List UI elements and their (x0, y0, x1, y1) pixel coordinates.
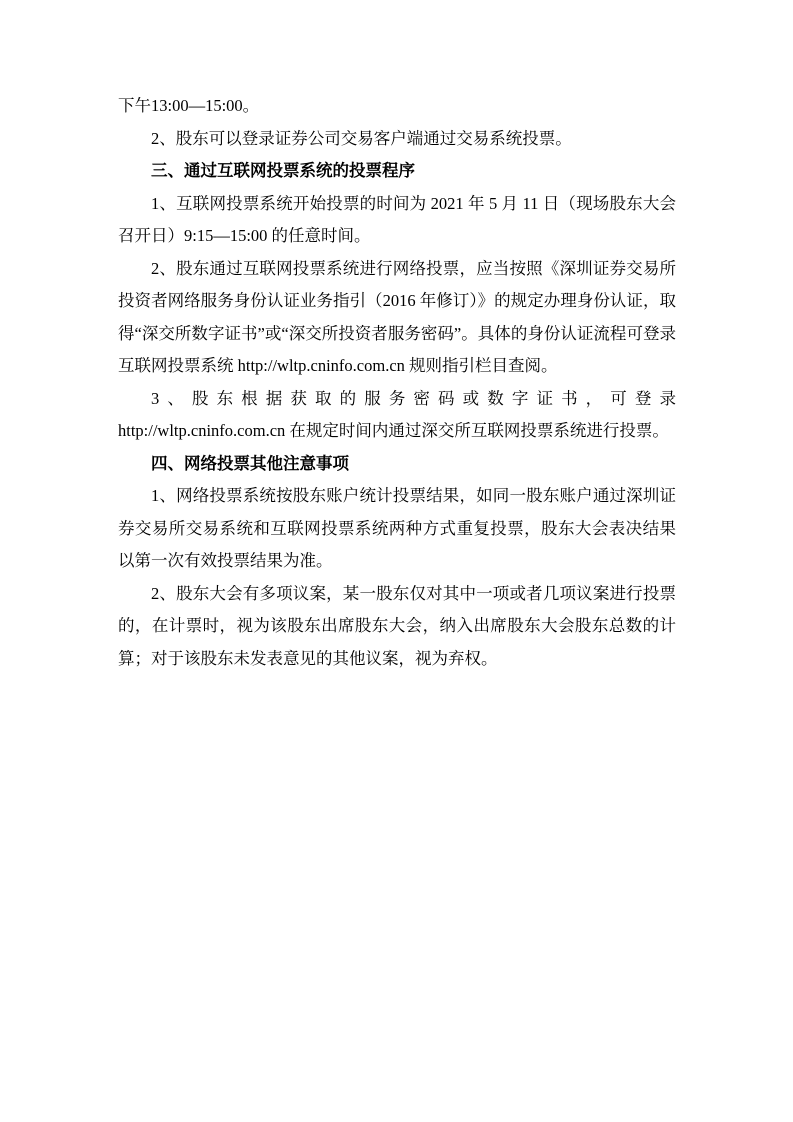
document-body: 下午13:00—15:00。 2、股东可以登录证券公司交易客户端通过交易系统投票… (118, 90, 676, 675)
paragraph-trading-system-voting: 2、股东可以登录证券公司交易客户端通过交易系统投票。 (118, 123, 676, 156)
document-page: 下午13:00—15:00。 2、股东可以登录证券公司交易客户端通过交易系统投票… (0, 0, 793, 1122)
paragraph-voting-start-time: 1、互联网投票系统开始投票的时间为 2021 年 5 月 11 日（现场股东大会… (118, 188, 676, 253)
paragraph-duplicate-voting-rule: 1、网络投票系统按股东账户统计投票结果，如同一股东账户通过深圳证券交易所交易系统… (118, 480, 676, 578)
paragraph-continuation: 下午13:00—15:00。 (118, 90, 676, 123)
section-heading-other-notes: 四、网络投票其他注意事项 (118, 448, 676, 481)
paragraph-partial-voting-rule: 2、股东大会有多项议案，某一股东仅对其中一项或者几项议案进行投票的，在计票时，视… (118, 578, 676, 676)
section-heading-internet-voting-procedure: 三、通过互联网投票系统的投票程序 (118, 155, 676, 188)
paragraph-login-and-vote: 3、股东根据获取的服务密码或数字证书，可登录 http://wltp.cninf… (118, 383, 676, 448)
paragraph-identity-authentication: 2、股东通过互联网投票系统进行网络投票，应当按照《深圳证券交易所投资者网络服务身… (118, 253, 676, 383)
